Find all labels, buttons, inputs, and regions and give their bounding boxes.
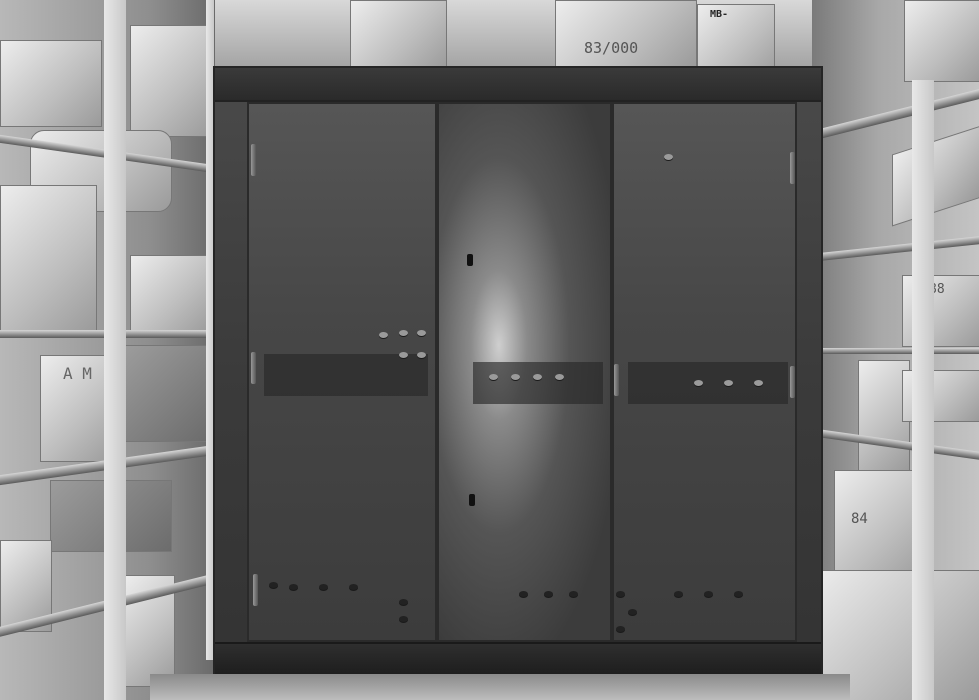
stud <box>399 616 408 622</box>
left-box-6 <box>125 345 207 442</box>
left-box-handwriting: A M <box>63 364 92 383</box>
cabinet-door-center <box>437 102 612 642</box>
hinge-icon <box>614 364 619 396</box>
door-rail <box>473 362 603 404</box>
cabinet-cornice <box>215 68 821 102</box>
stud <box>417 330 426 336</box>
stud <box>399 352 408 358</box>
stud <box>569 591 578 597</box>
top-right-box-label: MB- <box>710 9 728 20</box>
cabinet-door-right <box>612 102 797 642</box>
left-shelving: A M <box>0 0 215 700</box>
stud <box>489 374 498 380</box>
archive-photo: 83/000 MB- A M 88 84 <box>0 0 979 700</box>
left-box-3 <box>0 185 97 332</box>
hinge-icon <box>253 574 258 606</box>
left-shelf-upright <box>104 0 126 700</box>
door-rail <box>264 354 428 396</box>
right-shelf-plank-3 <box>812 348 979 354</box>
hinge-icon <box>251 144 256 176</box>
top-center-box-label: 83/000 <box>584 39 638 57</box>
left-box-4 <box>130 255 210 335</box>
stud <box>399 599 408 605</box>
top-box-center: 83/000 <box>555 0 697 68</box>
stud <box>555 374 564 380</box>
stud <box>724 380 733 386</box>
right-shelf-plank-2 <box>812 236 979 262</box>
keyhole-icon <box>467 254 473 266</box>
stud <box>694 380 703 386</box>
floor <box>150 674 850 700</box>
door-rail <box>628 362 787 404</box>
stud <box>734 591 743 597</box>
stud <box>349 584 358 590</box>
left-box-1 <box>0 40 102 127</box>
stud <box>519 591 528 597</box>
stud <box>319 584 328 590</box>
top-shelf-area: 83/000 MB- <box>215 0 815 72</box>
stud <box>417 352 426 358</box>
right-shelf-upright <box>912 80 934 700</box>
stud <box>628 609 637 615</box>
stud <box>544 591 553 597</box>
right-shelving: 88 84 <box>812 0 979 700</box>
stud <box>289 584 298 590</box>
hinge-icon <box>790 152 795 184</box>
stud <box>704 591 713 597</box>
stud <box>269 582 278 588</box>
stud <box>379 332 388 338</box>
stud <box>533 374 542 380</box>
keyhole-icon <box>469 494 475 506</box>
left-box-2 <box>130 25 212 137</box>
stud <box>674 591 683 597</box>
hinge-icon <box>251 352 256 384</box>
right-lower-box-label: 84 <box>851 511 868 527</box>
right-box-2 <box>892 126 979 227</box>
stud <box>616 591 625 597</box>
cabinet-door-left <box>247 102 437 642</box>
right-box-1 <box>904 0 979 82</box>
stud <box>664 154 673 160</box>
hinge-icon <box>790 366 795 398</box>
wooden-cabinet <box>213 66 823 676</box>
stud <box>754 380 763 386</box>
stud <box>511 374 520 380</box>
stud <box>616 626 625 632</box>
cabinet-base <box>215 642 821 674</box>
stud <box>399 330 408 336</box>
top-box-left <box>350 0 447 70</box>
